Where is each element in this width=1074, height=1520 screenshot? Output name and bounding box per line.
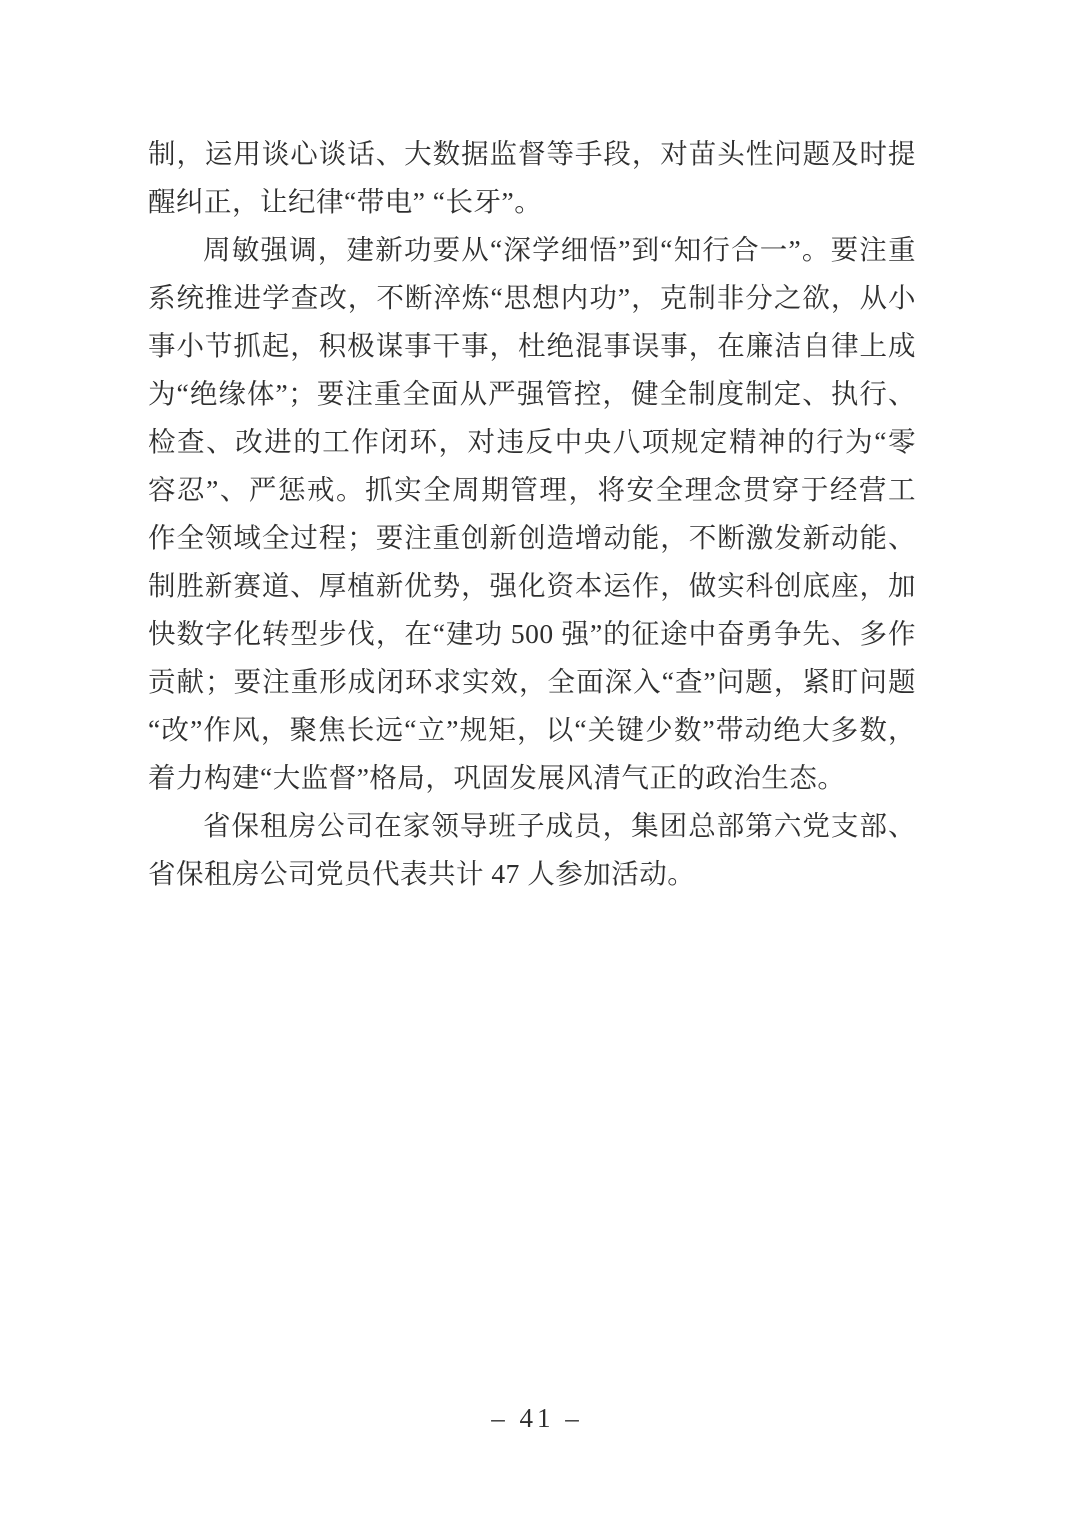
paragraph-attendance: 省保租房公司在家领导班子成员，集团总部第六党支部、省保租房公司党员代表共计 47… (148, 802, 916, 898)
page-number: – 41 – (0, 1398, 1074, 1438)
paragraph-continuation: 制，运用谈心谈话、大数据监督等手段，对苗头性问题及时提醒纠正，让纪律“带电” “… (148, 130, 916, 226)
document-body: 制，运用谈心谈话、大数据监督等手段，对苗头性问题及时提醒纠正，让纪律“带电” “… (148, 130, 916, 898)
paragraph-speech: 周敏强调，建新功要从“深学细悟”到“知行合一”。要注重系统推进学查改，不断淬炼“… (148, 226, 916, 802)
document-page: 制，运用谈心谈话、大数据监督等手段，对苗头性问题及时提醒纠正，让纪律“带电” “… (0, 0, 1074, 1520)
